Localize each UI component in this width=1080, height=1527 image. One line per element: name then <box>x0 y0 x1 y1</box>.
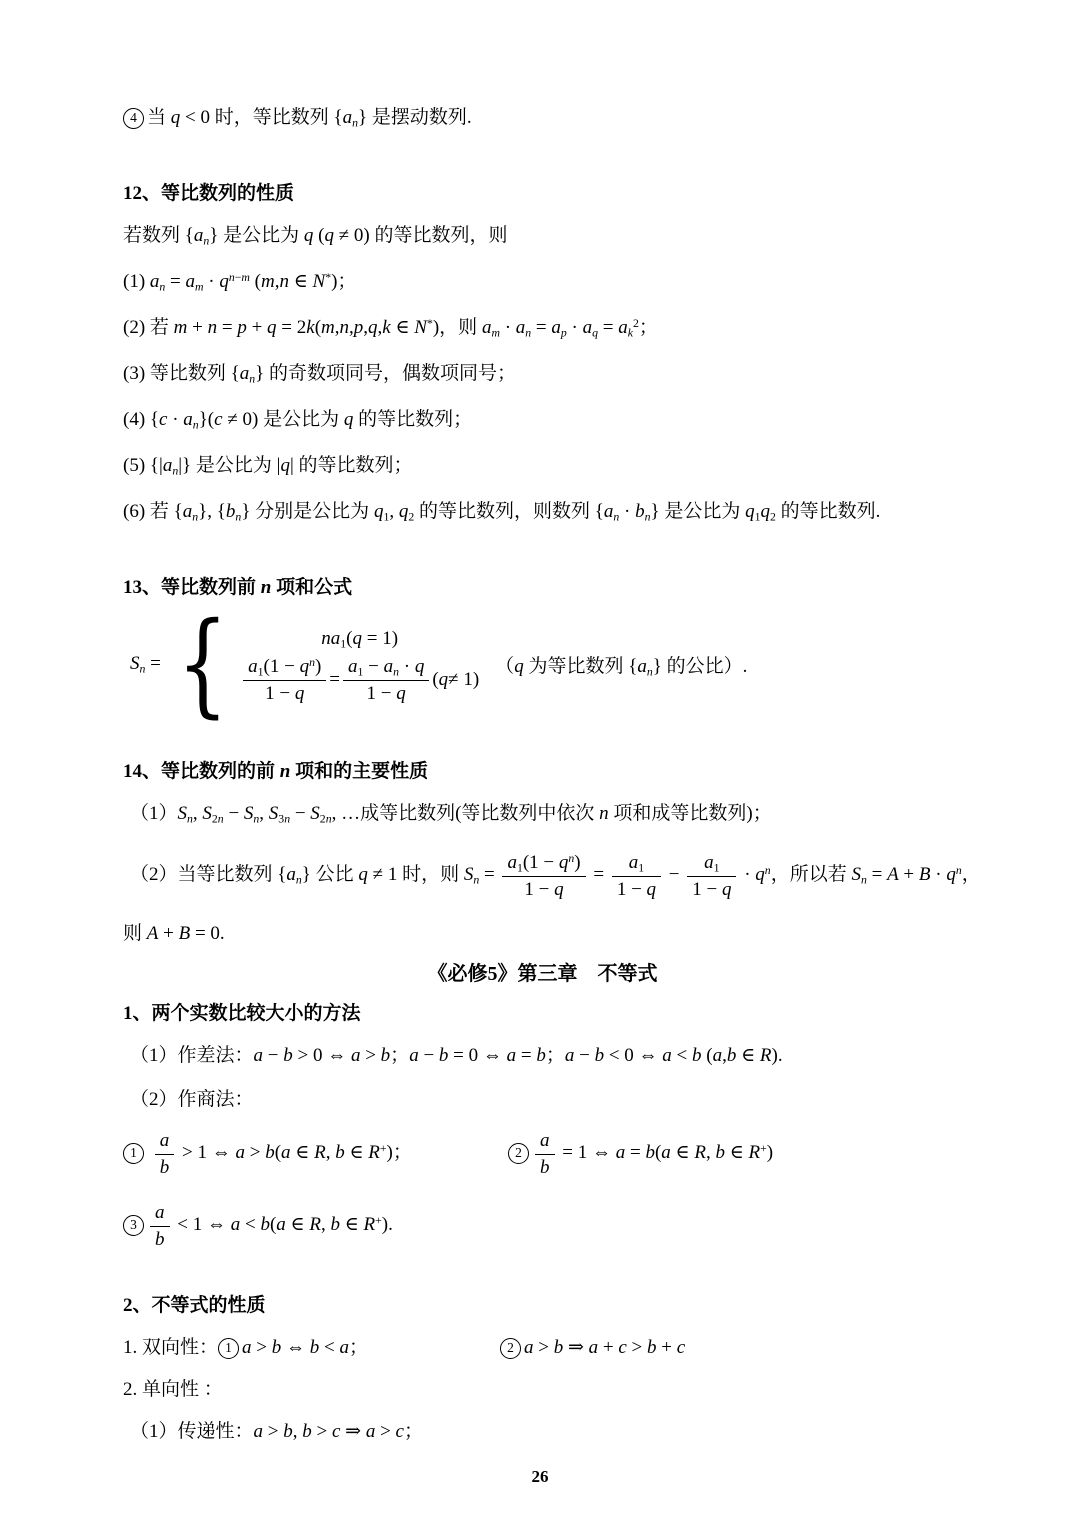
property-item-6: (6) 若 {an}, {bn} 分别是公比为 q1, q2 的等比数列，则数列… <box>123 497 962 527</box>
section-12-heading: 12、等比数列的性质 <box>123 179 962 209</box>
page-number: 26 <box>0 1467 1080 1487</box>
document-page: 4当 q < 0 时，等比数列 {an} 是摆动数列. 12、等比数列的性质 若… <box>0 0 1080 1527</box>
property-item-2: (2) 若 m + n = p + q = 2k(m,n,p,q,k ∈ N*)… <box>123 313 962 343</box>
quotient-method-label: （2）作商法： <box>123 1085 962 1115</box>
sum-formula-cases: na1(q = 1) a1(1 − qn)1 − q = a1 − an · q… <box>240 623 479 706</box>
property-item-4: (4) {c · an}(c ≠ 0) 是公比为 q 的等比数列； <box>123 405 962 435</box>
case-q-equals-1: na1(q = 1) <box>240 623 479 655</box>
section-13-heading: 13、等比数列前 n 项和公式 <box>123 573 962 603</box>
property-item-1: (1) an = am · qn−m (m,n ∈ N*)； <box>123 267 962 297</box>
quotient-case-1: 1 ab > 1 ⇔ a > b(a ∈ R, b ∈ R+)； <box>123 1121 508 1185</box>
common-ratio-note: （q 为等比数列 {an} 的公比）. <box>495 651 747 678</box>
cases-brace: { <box>177 611 228 717</box>
sum-formula: Sn = { na1(q = 1) a1(1 − qn)1 − q = a1 −… <box>123 611 962 717</box>
compare-methods-heading: 1、两个实数比较大小的方法 <box>123 999 962 1029</box>
sum-formula-lhs: Sn = <box>130 653 161 675</box>
sum-property-2: （2）当等比数列 {an} 公比 q ≠ 1 时，则 Sn = a1(1 − q… <box>123 843 962 907</box>
case-q-not-1: a1(1 − qn)1 − q = a1 − an · q1 − q (q ≠ … <box>240 655 479 706</box>
oscillating-sequence-note: 4当 q < 0 时，等比数列 {an} 是摆动数列. <box>123 103 962 133</box>
quotient-case-3: 3ab < 1 ⇔ a < b(a ∈ R, b ∈ R+). <box>123 1193 962 1257</box>
bidirectional-1: 1. 双向性：1a > b ⇔ b < a； <box>123 1333 500 1363</box>
section-12-intro: 若数列 {an} 是公比为 q (q ≠ 0) 的等比数列，则 <box>123 221 962 251</box>
sum-property-2-conclusion: 则 A + B = 0. <box>123 919 962 949</box>
chapter-3-title: 《必修5》第三章 不等式 <box>123 959 962 989</box>
property-item-5: (5) {|an|} 是公比为 |q| 的等比数列； <box>123 451 962 481</box>
inequality-properties-heading: 2、不等式的性质 <box>123 1291 962 1321</box>
page-content: 4当 q < 0 时，等比数列 {an} 是摆动数列. 12、等比数列的性质 若… <box>0 0 1080 1447</box>
section-14-heading: 14、等比数列的前 n 项和的主要性质 <box>123 757 962 787</box>
difference-method: （1）作差法：a − b > 0 ⇔ a > b；a − b = 0 ⇔ a =… <box>123 1041 962 1071</box>
quotient-case-2: 2ab = 1 ⇔ a = b(a ∈ R, b ∈ R+) <box>508 1121 773 1185</box>
property-item-3: (3) 等比数列 {an} 的奇数项同号，偶数项同号； <box>123 359 962 389</box>
unidirectional-label: 2. 单向性 ： <box>123 1375 962 1405</box>
sum-property-1: （1）Sn, S2n − Sn, S3n − S2n, …成等比数列(等比数列中… <box>123 799 962 829</box>
bidirectional-2: 2a > b ⇒ a + c > b + c <box>500 1333 685 1363</box>
quotient-method-row: 1 ab > 1 ⇔ a > b(a ∈ R, b ∈ R+)； 2ab = 1… <box>123 1121 962 1185</box>
transitivity-rule: （1）传递性：a > b, b > c ⇒ a > c； <box>123 1417 962 1447</box>
bidirectional-row: 1. 双向性：1a > b ⇔ b < a； 2a > b ⇒ a + c > … <box>123 1333 962 1363</box>
